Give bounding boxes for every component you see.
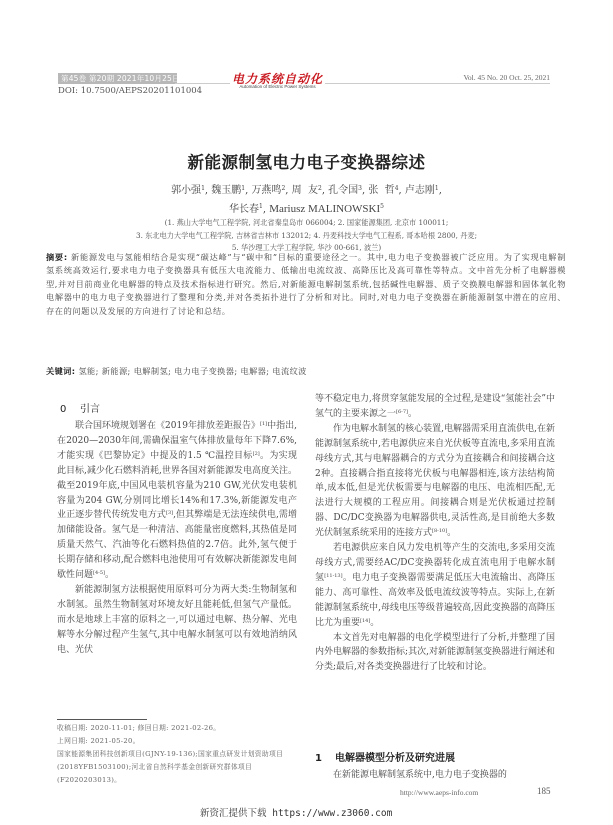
citation[interactable]: [8-10]	[432, 528, 447, 534]
citation[interactable]: [11-13]	[324, 573, 342, 579]
right-column: 等不稳定电力,将贯穿氢能发展的全过程,是建设“氢能社会”中氢气的主要来源之一[6…	[315, 392, 555, 675]
footnote-rule	[57, 719, 147, 720]
author: 周 友	[292, 185, 318, 196]
citation[interactable]: [4-5]	[93, 570, 105, 576]
section-heading-0: 0引言	[60, 400, 100, 415]
section-title: 电解器模型分析及研究进展	[335, 753, 455, 764]
section-heading-1: 1电解器模型分析及研究进展	[315, 749, 455, 764]
section-title: 引言	[80, 404, 100, 415]
author: 张 哲	[368, 185, 394, 196]
abstract-text: 新能源发电与氢能相结合是实现“碳达峰”与“碳中和”目标的重要途径之一。其中,电力…	[46, 252, 566, 316]
section-number: 1	[315, 753, 335, 764]
download-watermark: 新资汇提供下载 https://www.z3060.com	[200, 805, 392, 819]
citation[interactable]: [3]	[166, 510, 173, 516]
citation[interactable]: [2]	[253, 451, 260, 457]
footer-url[interactable]: http://www.aeps-info.com	[400, 788, 478, 797]
citation[interactable]: [6-7]	[396, 409, 408, 415]
paragraph: 等不稳定电力,将贯穿氢能发展的全过程,是建设“氢能社会”中氢气的主要来源之一[6…	[315, 392, 555, 422]
abstract-label: 摘要:	[46, 252, 68, 262]
volume-info: Vol. 45 No. 20 Oct. 25, 2021	[440, 73, 550, 82]
author: 魏玉鹏	[211, 185, 241, 196]
doi: DOI: 10.7500/AEPS20201101004	[58, 86, 202, 96]
footnote-line: 上网日期: 2021-05-20。	[57, 735, 297, 748]
journal-name-en: Automation of Electric Power Systems	[220, 84, 335, 89]
affiliation-line: 3. 东北电力大学电气工程学院, 吉林省吉林市 132012; 4. 丹麦科技大…	[0, 230, 613, 243]
affiliation-line: (1. 燕山大学电气工程学院, 河北省秦皇岛市 066004; 2. 国家能源集…	[0, 217, 613, 230]
author: 孔令国	[328, 185, 358, 196]
keywords: 关键词: 氢能; 新能源; 电解制氢; 电力电子变换器; 电解器; 电流纹波	[46, 366, 566, 377]
page-number: 185	[537, 786, 551, 796]
paragraph: 联合国环境规划署在《2019年排放差距报告》[1]中指出,在2020—2030年…	[57, 419, 297, 583]
section-number: 0	[60, 404, 80, 415]
footnote-line: 收稿日期: 2020-11-01; 修回日期: 2021-02-26。	[57, 722, 297, 735]
header-rule-right	[325, 83, 550, 84]
paragraph: 作为电解水制氢的核心装置,电解器需采用直流供电,在新能源制氢系统中,若电源供应来…	[315, 422, 555, 541]
paper-title: 新能源制氢电力电子变换器综述	[0, 149, 613, 173]
keywords-text: 氢能; 新能源; 电解制氢; 电力电子变换器; 电解器; 电流纹波	[78, 366, 306, 376]
footnote: 收稿日期: 2020-11-01; 修回日期: 2021-02-26。 上网日期…	[57, 722, 297, 787]
paragraph: 在新能源电解制氢系统中,电力电子变换器的	[315, 768, 555, 783]
keywords-label: 关键词:	[46, 366, 75, 376]
citation[interactable]: [1]	[260, 421, 267, 427]
left-column: 联合国环境规划署在《2019年排放差距报告》[1]中指出,在2020—2030年…	[57, 419, 297, 658]
author-line-1: 郭小强1, 魏玉鹏1, 万燕鸣2, 周 友2, 孔令国3, 张 哲4, 卢志刚1…	[0, 182, 613, 200]
author: 郭小强	[171, 185, 201, 196]
author: 华长春	[229, 204, 259, 215]
author-list: 郭小强1, 魏玉鹏1, 万燕鸣2, 周 友2, 孔令国3, 张 哲4, 卢志刚1…	[0, 182, 613, 219]
paragraph: 若电源供应来自风力发电机等产生的交流电,多采用交流母线方式,需要经AC/DC变换…	[315, 541, 555, 630]
author: Mariusz MALINOWSKI	[269, 203, 380, 215]
section-1-text: 在新能源电解制氢系统中,电力电子变换器的	[315, 768, 555, 783]
citation[interactable]: [14]	[360, 618, 370, 624]
author: 卢志刚	[405, 185, 435, 196]
abstract: 摘要: 新能源发电与氢能相结合是实现“碳达峰”与“碳中和”目标的重要途径之一。其…	[46, 251, 566, 318]
paragraph: 本文首先对电解器的电化学模型进行了分析,并整理了国内外电解器的参数指标;其次,对…	[315, 631, 555, 676]
footnote-line: 国家能源集团科技创新项目(GJNY-19-136);国家重点研发计划资助项目(2…	[57, 748, 297, 787]
issue-badge: 第45卷 第20期 2021年10月25日	[58, 73, 177, 84]
paragraph: 新能源制氢方法根据使用原料可分为两大类:生物制氢和水制氢。虽然生物制氢对环境友好…	[57, 583, 297, 658]
author: 万燕鸣	[251, 185, 281, 196]
affiliations: (1. 燕山大学电气工程学院, 河北省秦皇岛市 066004; 2. 国家能源集…	[0, 217, 613, 255]
